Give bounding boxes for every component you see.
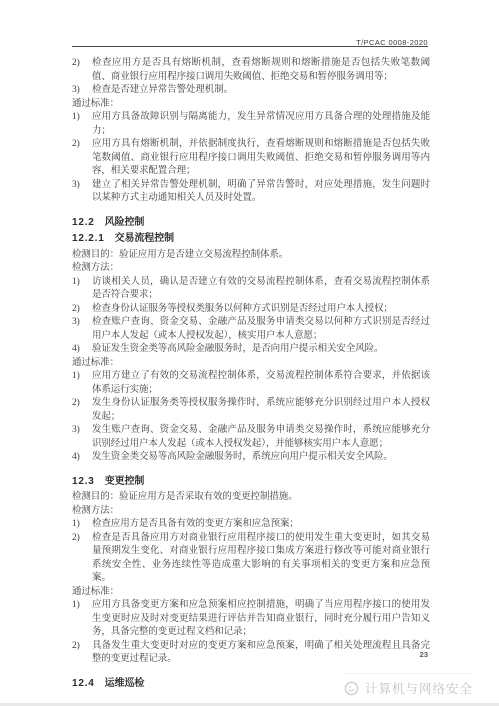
paragraph: 通过标准：: [72, 98, 430, 112]
list-item-text: 应用方具备故障识别与隔离能力，发生异常情况应用方具备合理的处理措施及能力；: [92, 111, 430, 138]
watermark-text: 计算机与网络安全: [365, 679, 473, 697]
document-page: T/PCAC 0008-2020 2)检查应用方是否具有熔断机制，查看熔断规则和…: [0, 0, 499, 706]
list-item-marker: 2): [72, 532, 92, 586]
list-item-marker: 3): [72, 84, 92, 98]
section-title: 变更控制: [105, 476, 145, 487]
list-item-text: 检查应用方是否具有熔断机制，查看熔断规则和熔断措施是否包括失败笔数阈值、商业银行…: [92, 57, 430, 84]
section-number: 12.2: [72, 217, 95, 228]
list-item-marker: 2): [72, 57, 92, 84]
list-item: 4)发生资金类交易等高风险金融服务时，系统应向用户提示相关安全风险。: [72, 451, 430, 465]
list-item-text: 检查是否具备应用方对商业银行应用程序接口的使用发生重大变更时，如其交易量预期发生…: [92, 532, 430, 586]
paragraph: 检测方法：: [72, 262, 430, 276]
list-item-text: 发生身份认证服务类等授权服务操作时，系统应能够充分识别经过用户本人授权发起；: [92, 397, 430, 424]
list-item: 3)检查是否建立异常告警处理机制。: [72, 84, 430, 98]
list-item-marker: 1): [72, 370, 92, 397]
section-title: 运维巡检: [105, 678, 145, 689]
list-item-text: 检查是否建立异常告警处理机制。: [92, 84, 430, 98]
list-item-marker: 3): [72, 424, 92, 451]
list-item-text: 检查账户查询、资金交易、金融产品及服务申请类交易以何种方式识别是否经过用户本人发…: [92, 316, 430, 343]
list-item-text: 应用方建立了有效的交易流程控制体系，交易流程控制体系符合要求，并依据该体系运行实…: [92, 370, 430, 397]
list-item: 2)发生身份认证服务类等授权服务操作时，系统应能够充分识别经过用户本人授权发起；: [72, 397, 430, 424]
document-body: 2)检查应用方是否具有熔断机制，查看熔断规则和熔断措施是否包括失败笔数阈值、商业…: [72, 57, 430, 693]
list-item-text: 建立了相关异常告警处理机制，明确了异常告警时，对应处理措施，发生问题时以某种方式…: [92, 179, 430, 206]
list-item: 2)检查应用方是否具有熔断机制，查看熔断规则和熔断措施是否包括失败笔数阈值、商业…: [72, 57, 430, 84]
account-logo-icon: [344, 681, 359, 696]
section-title: 风险控制: [105, 217, 145, 228]
list-item: 3)检查账户查询、资金交易、金融产品及服务申请类交易以何种方式识别是否经过用户本…: [72, 316, 430, 343]
list-item: 1)应用方建立了有效的交易流程控制体系，交易流程控制体系符合要求，并依据该体系运…: [72, 370, 430, 397]
list-item-text: 检查应用方是否具备有效的变更方案和应急预案；: [92, 518, 430, 532]
list-item-text: 应用方具备变更方案和应急预案相应控制措施，明确了当应用程序接口的使用发生变更时应…: [92, 599, 430, 640]
list-item-text: 应用方具有熔断机制，并依据制度执行，查看熔断规则和熔断措施是否包括失败笔数阈值、…: [92, 138, 430, 179]
list-item-marker: 4): [72, 343, 92, 357]
list-item: 2)检查身份认证服务等授权类服务以何种方式识别是否经过用户本人授权；: [72, 303, 430, 317]
page-header: T/PCAC 0008-2020: [72, 32, 428, 47]
list-item-text: 发生账户查询、资金交易、金融产品及服务申请类交易操作时，系统应能够充分识别经过用…: [92, 424, 430, 451]
list-item-text: 访谈相关人员，确认是否建立有效的交易流程控制体系，查看交易流程控制体系是否符合要…: [92, 276, 430, 303]
paragraph: 通过标准：: [72, 586, 430, 600]
list-item-text: 验证发生资金类等高风险金融服务时，是否向用户提示相关安全风险。: [92, 343, 430, 357]
list-item-marker: 1): [72, 599, 92, 640]
list-item-marker: 2): [72, 138, 92, 179]
doc-number: T/PCAC 0008-2020: [356, 38, 428, 47]
list-item-marker: 3): [72, 316, 92, 343]
page-number: 23: [72, 650, 428, 659]
section-number: 12.3: [72, 476, 95, 487]
watermark: 计算机与网络安全: [344, 673, 473, 700]
list-item: 1)检查应用方是否具备有效的变更方案和应急预案；: [72, 518, 430, 532]
list-item-marker: 2): [72, 397, 92, 424]
list-item: 2)应用方具有熔断机制，并依据制度执行，查看熔断规则和熔断措施是否包括失败笔数阈…: [72, 138, 430, 179]
list-item: 2)检查是否具备应用方对商业银行应用程序接口的使用发生重大变更时，如其交易量预期…: [72, 532, 430, 586]
section-heading: 12.2.1交易流程控制: [72, 232, 430, 246]
list-item-marker: 1): [72, 518, 92, 532]
list-item-marker: 3): [72, 179, 92, 206]
list-item-marker: 1): [72, 276, 92, 303]
list-item: 1)应用方具备变更方案和应急预案相应控制措施，明确了当应用程序接口的使用发生变更…: [72, 599, 430, 640]
list-item: 3)发生账户查询、资金交易、金融产品及服务申请类交易操作时，系统应能够充分识别经…: [72, 424, 430, 451]
list-item-text: 检查身份认证服务等授权类服务以何种方式识别是否经过用户本人授权；: [92, 303, 430, 317]
paragraph: 检测方法：: [72, 505, 430, 519]
paragraph: 通过标准：: [72, 357, 430, 371]
list-item: 3)建立了相关异常告警处理机制，明确了异常告警时，对应处理措施，发生问题时以某种…: [72, 179, 430, 206]
list-item: 1)访谈相关人员，确认是否建立有效的交易流程控制体系，查看交易流程控制体系是否符…: [72, 276, 430, 303]
section-title: 交易流程控制: [115, 233, 174, 244]
paragraph: 检测目的：验证应用方是否建立交易流程控制体系。: [72, 249, 430, 263]
section-heading: 12.3变更控制: [72, 475, 430, 489]
list-item: 4)验证发生资金类等高风险金融服务时，是否向用户提示相关安全风险。: [72, 343, 430, 357]
section-number: 12.4: [72, 678, 95, 689]
section-heading: 12.2风险控制: [72, 216, 430, 230]
section-number: 12.2.1: [72, 233, 105, 244]
list-item-marker: 1): [72, 111, 92, 138]
list-item-marker: 4): [72, 451, 92, 465]
list-item-marker: 2): [72, 303, 92, 317]
paragraph: 检测目的：验证应用方是否采取有效的变更控制措施。: [72, 491, 430, 505]
list-item: 1)应用方具备故障识别与隔离能力，发生异常情况应用方具备合理的处理措施及能力；: [72, 111, 430, 138]
list-item-text: 发生资金类交易等高风险金融服务时，系统应向用户提示相关安全风险。: [92, 451, 430, 465]
